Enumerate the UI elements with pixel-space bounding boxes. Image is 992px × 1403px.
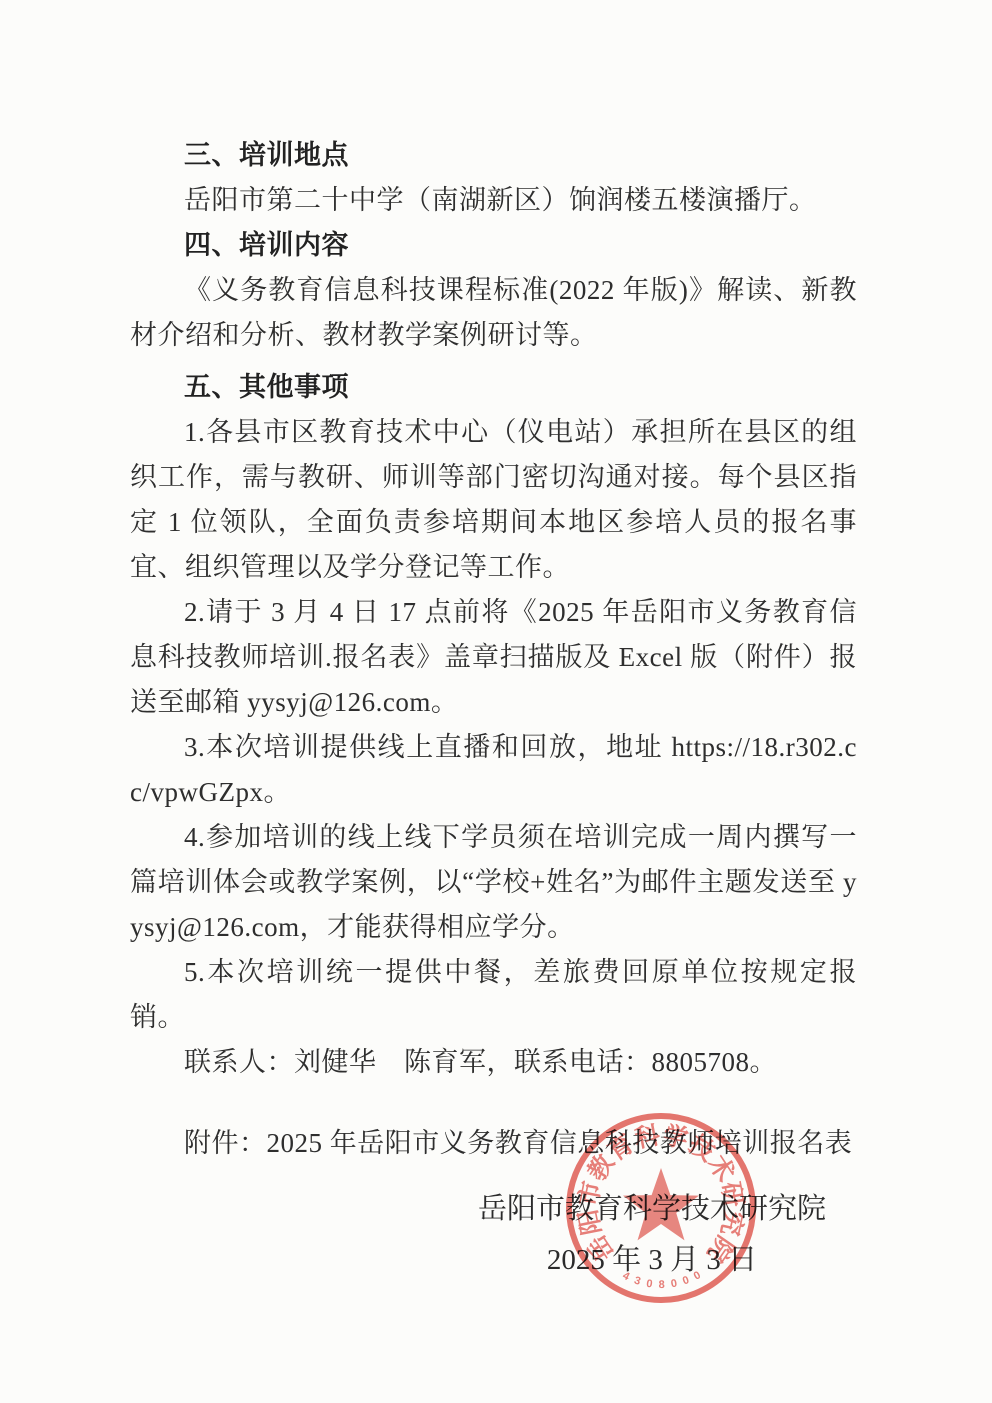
section-heading: 三、培训地点 <box>130 133 857 178</box>
official-seal: 岳阳市教育科学技术研究院 4308000003058 <box>546 1093 776 1323</box>
star-icon <box>623 1168 699 1240</box>
paragraph: 岳阳市第二十中学（南湖新区）饷润楼五楼演播厅。 <box>130 178 857 223</box>
paragraph: 4.参加培训的线上线下学员须在培训完成一周内撰写一篇培训体会或教学案例，以“学校… <box>130 815 857 950</box>
contact-line: 联系人：刘健华 陈育军，联系电话：8805708。 <box>130 1040 857 1085</box>
document-page: 三、培训地点 岳阳市第二十中学（南湖新区）饷润楼五楼演播厅。 四、培训内容 《义… <box>0 0 992 1403</box>
paragraph: 《义务教育信息科技课程标准(2022 年版)》解读、新教材介绍和分析、教材教学案… <box>130 268 857 358</box>
paragraph: 1.各县市区教育技术中心（仪电站）承担所在县区的组织工作，需与教研、师训等部门密… <box>130 410 857 590</box>
paragraph: 5.本次培训统一提供中餐，差旅费回原单位按规定报销。 <box>130 950 857 1040</box>
paragraph: 2.请于 3 月 4 日 17 点前将《2025 年岳阳市义务教育信息科技教师培… <box>130 590 857 725</box>
section-heading: 四、培训内容 <box>130 223 857 268</box>
section-heading: 五、其他事项 <box>130 365 857 410</box>
paragraph: 3.本次培训提供线上直播和回放，地址 https://18.r302.cc/vp… <box>130 725 857 815</box>
document-body: 三、培训地点 岳阳市第二十中学（南湖新区）饷润楼五楼演播厅。 四、培训内容 《义… <box>130 133 857 1166</box>
